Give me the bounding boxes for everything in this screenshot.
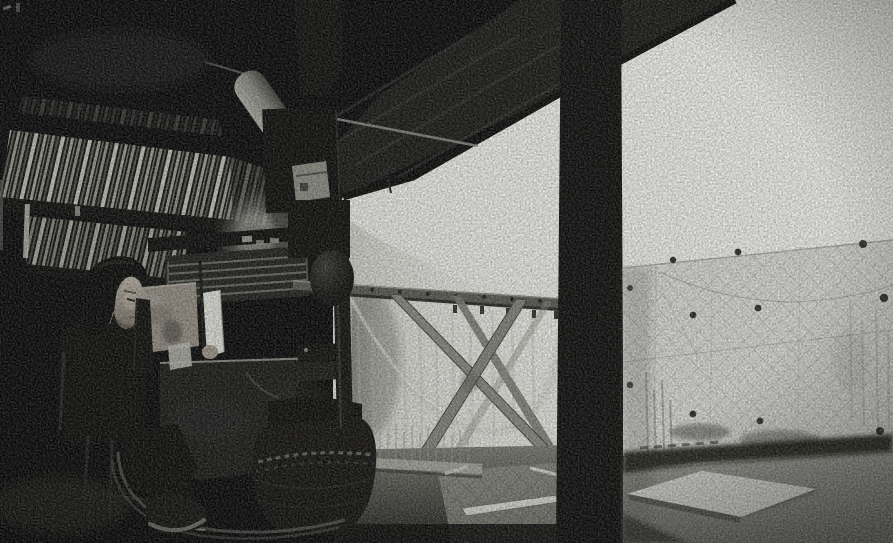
photo-root bbox=[0, 0, 893, 543]
studio-photograph bbox=[0, 0, 893, 543]
film-grain-light bbox=[0, 0, 893, 543]
